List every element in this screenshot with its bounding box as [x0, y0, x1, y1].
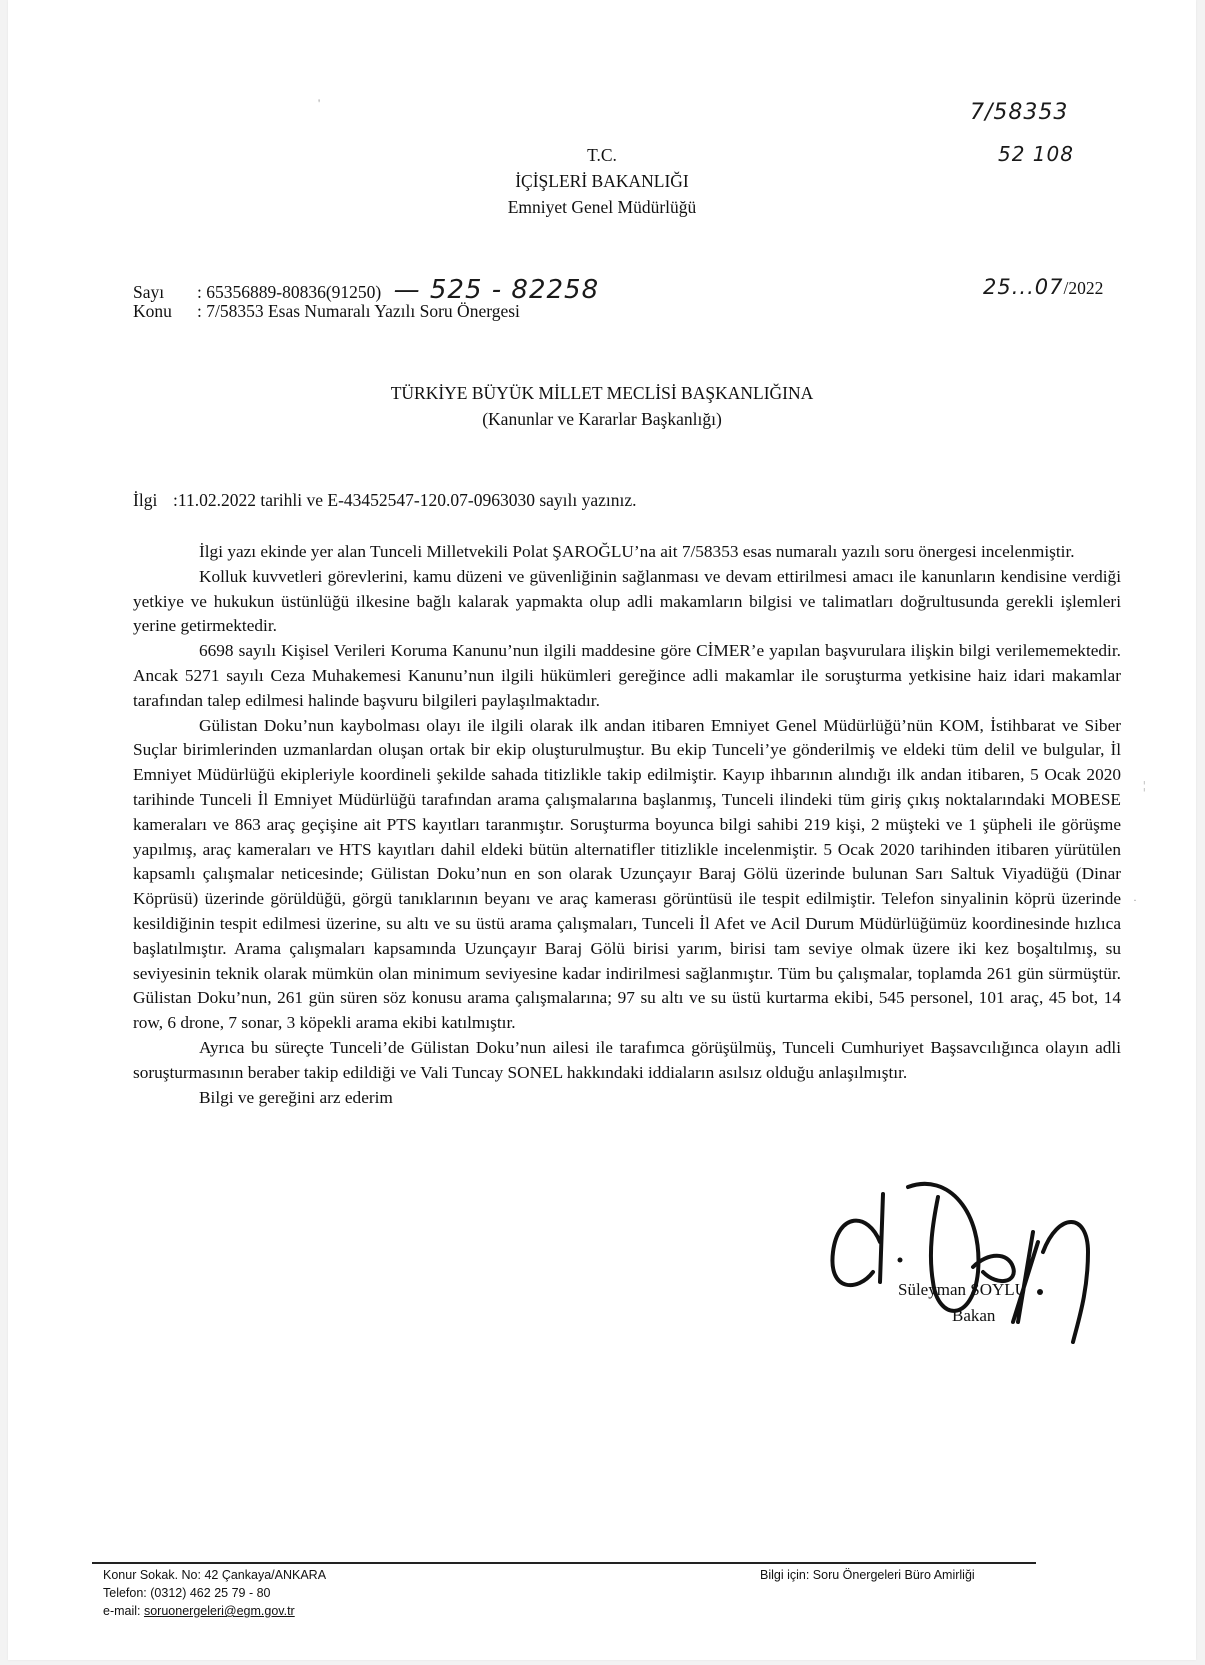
ilgi-label: İlgi	[133, 490, 173, 511]
body-paragraph: Ayrıca bu süreçte Tunceli’de Gülistan Do…	[133, 1036, 1121, 1086]
letter-body: İlgi yazı ekinde yer alan Tunceli Millet…	[133, 540, 1121, 1110]
body-paragraph: İlgi yazı ekinde yer alan Tunceli Millet…	[133, 540, 1121, 565]
addressee-subtitle: (Kanunlar ve Kararlar Başkanlığı)	[8, 406, 1196, 432]
body-paragraph: Kolluk kuvvetleri görevlerini, kamu düze…	[133, 565, 1121, 639]
scan-speck: '	[318, 96, 320, 111]
footer-divider	[92, 1562, 1036, 1564]
date-year: /2022	[1063, 278, 1103, 298]
document-page: 7/58353 52 108 T.C. İÇİŞLERİ BAKANLIĞI E…	[8, 0, 1196, 1660]
header-ministry: İÇİŞLERİ BAKANLIĞI	[8, 168, 1196, 194]
closing-line: Bilgi ve gereğini arz ederim	[133, 1086, 1121, 1111]
footer-contact: Konur Sokak. No: 42 Çankaya/ANKARA Telef…	[103, 1566, 326, 1620]
footer-email-row: e-mail: soruonergeleri@egm.gov.tr	[103, 1602, 326, 1620]
body-paragraph: Gülistan Doku’nun kaybolması olayı ile i…	[133, 714, 1121, 1036]
footer-address: Konur Sokak. No: 42 Çankaya/ANKARA	[103, 1566, 326, 1584]
konu-value: : 7/58353 Esas Numaralı Yazılı Soru Öner…	[197, 301, 520, 321]
handwritten-date: 25...07	[983, 275, 1063, 299]
header-directorate: Emniyet Genel Müdürlüğü	[8, 194, 1196, 220]
footer-phone: Telefon: (0312) 462 25 79 - 80	[103, 1584, 326, 1602]
sayi-value: : 65356889-80836(91250)	[197, 282, 381, 302]
scan-speck: ¦	[1143, 778, 1145, 793]
signature-block: Süleyman SOYLU Bakan	[808, 1172, 1108, 1362]
footer-email-link[interactable]: soruonergeleri@egm.gov.tr	[144, 1604, 295, 1618]
ilgi-value: :11.02.2022 tarihli ve E-43452547-120.07…	[173, 490, 637, 510]
signatory-title: Bakan	[952, 1306, 995, 1326]
addressee-title: TÜRKİYE BÜYÜK MİLLET MECLİSİ BAŞKANLIĞIN…	[8, 380, 1196, 406]
sayi-label: Sayı	[133, 282, 197, 303]
konu-row: Konu: 7/58353 Esas Numaralı Yazılı Soru …	[133, 301, 520, 322]
scan-speck: ·	[1133, 893, 1137, 908]
signatory-name: Süleyman SOYLU	[898, 1280, 1027, 1300]
konu-label: Konu	[133, 301, 197, 322]
header-tc: T.C.	[8, 142, 1196, 168]
footer-info: Bilgi için: Soru Önergeleri Büro Amirliğ…	[760, 1566, 975, 1584]
footer-email-label: e-mail:	[103, 1604, 144, 1618]
handwritten-reference-top: 7/58353	[970, 100, 1068, 125]
document-date: 25...07/2022	[983, 275, 1103, 299]
ilgi-row: İlgi:11.02.2022 tarihli ve E-43452547-12…	[133, 490, 637, 511]
signature-scribble-icon	[808, 1172, 1108, 1362]
body-paragraph: 6698 sayılı Kişisel Verileri Koruma Kanu…	[133, 639, 1121, 713]
